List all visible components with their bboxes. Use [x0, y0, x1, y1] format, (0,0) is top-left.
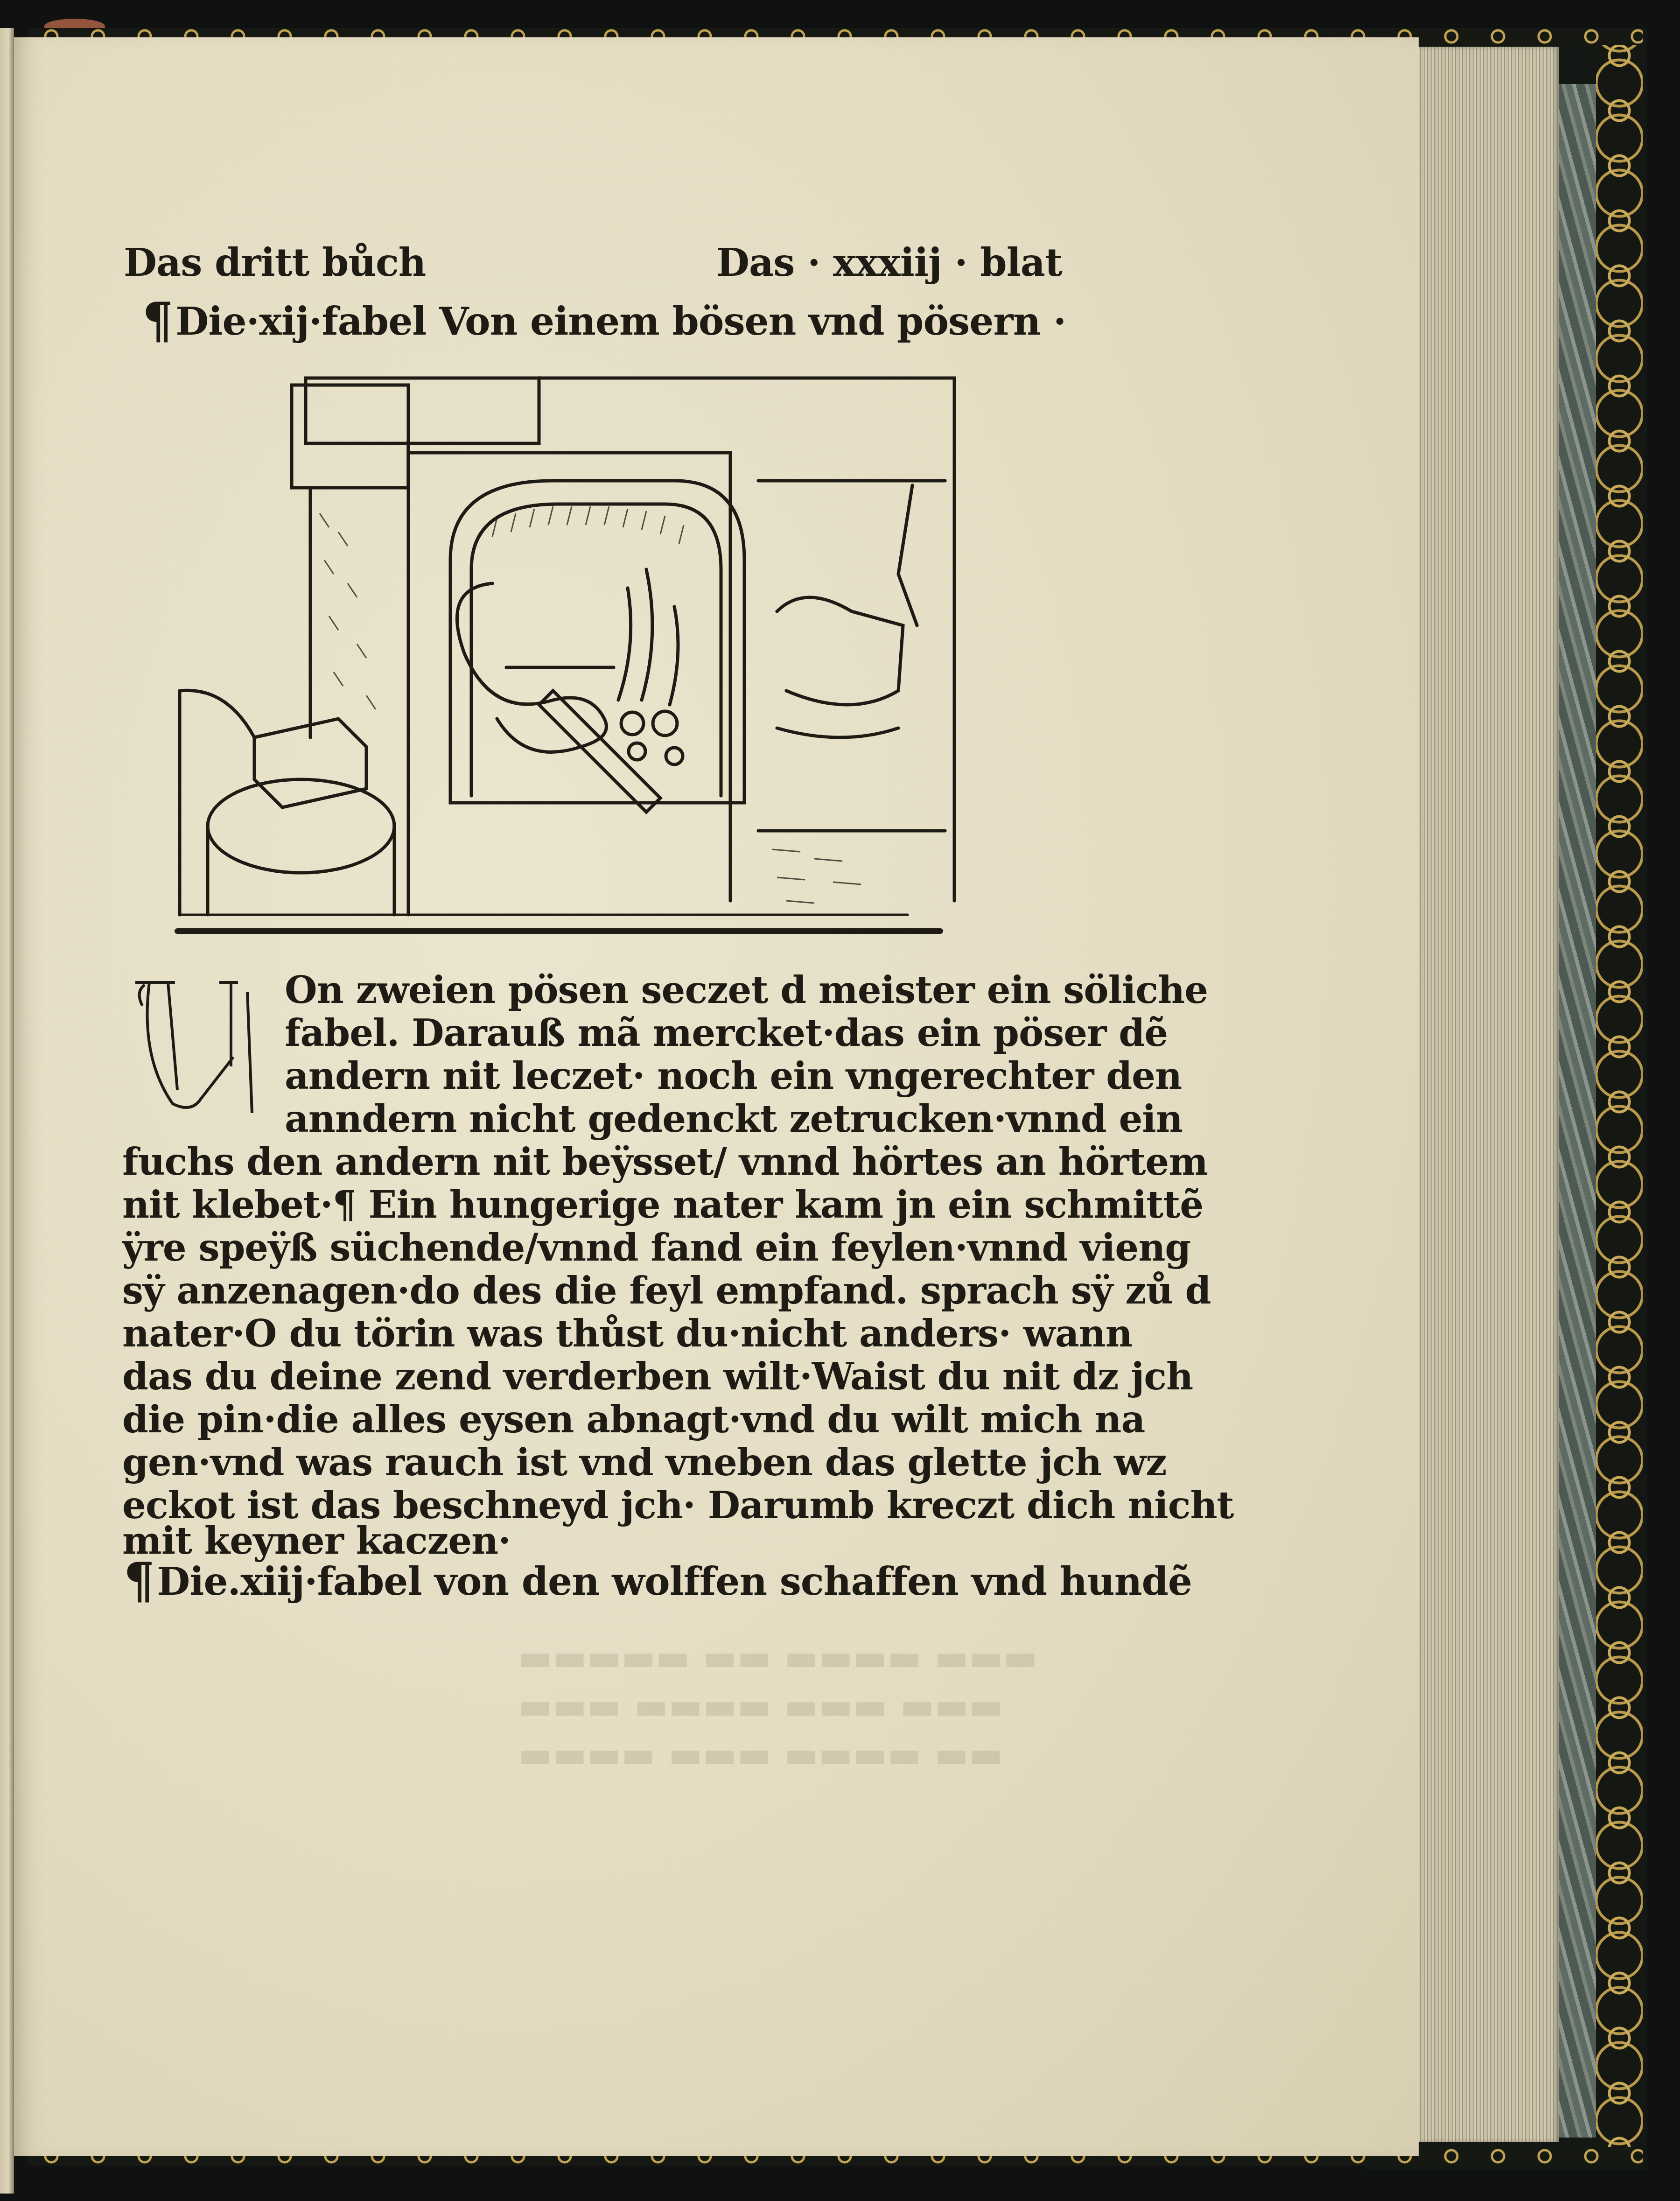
woodcut-illustration	[170, 364, 959, 945]
left-page-edge	[0, 28, 14, 2194]
marbled-endpaper	[1559, 84, 1596, 2138]
verso-show-through: ▬▬▬ ▬▬▬ ▬▬▬▬ ▬▬▬	[518, 1682, 1003, 1731]
text-line: On zweien pösen seczet d meister ein söl…	[285, 968, 1208, 1011]
text-line: fabel. Darauß mã mercket·das ein pöser d…	[285, 1011, 1168, 1054]
fable-title: ¶Die·xij·fabel Von einem bösen vnd pöser…	[142, 292, 1066, 349]
fore-edge-pages	[1414, 47, 1559, 2142]
text-line: sÿ anzenagen·do des die feyl empfand. sp…	[122, 1269, 1211, 1312]
text-line: gen·vnd was rauch ist vnd vneben das gle…	[122, 1441, 1166, 1484]
text-line: anndern nicht gedenckt zetrucken·vnnd ei…	[285, 1097, 1183, 1140]
running-head-left: Das dritt bůch	[124, 240, 426, 285]
text-line: nit klebet·¶ Ein hungerige nater kam jn …	[122, 1183, 1203, 1226]
text-line: die pin·die alles eysen abnagt·vnd du wi…	[122, 1398, 1145, 1441]
pilcrow-icon: ¶	[124, 1552, 154, 1609]
verso-show-through: ▬▬ ▬▬▬▬ ▬▬▬ ▬▬▬▬	[518, 1731, 1003, 1779]
text-line: fuchs den andern nit beÿsset/ vnnd hörte…	[122, 1140, 1208, 1183]
running-head-folio: Das · xxxiij · blat	[716, 240, 1062, 285]
gilt-border-right	[1596, 28, 1643, 2161]
pilcrow-icon: ¶	[142, 292, 173, 349]
initial-letter-v: V	[131, 964, 266, 1122]
text-line: das du deine zend verderben wilt·Waist d…	[122, 1355, 1193, 1398]
text-line: ÿre speÿß süchende/vnnd fand ein feylen·…	[122, 1226, 1190, 1269]
next-fable-title-text: Die.xiij·fabel von den wolffen schaffen …	[157, 1559, 1192, 1604]
fable-title-text: Die·xij·fabel Von einem bösen vnd pösern…	[175, 299, 1066, 344]
next-fable-title: ¶Die.xiij·fabel von den wolffen schaffen…	[124, 1552, 1192, 1609]
text-line: andern nit leczet· noch ein vngerechter …	[285, 1054, 1182, 1097]
verso-show-through: ▬▬▬ ▬▬▬▬ ▬▬ ▬▬▬▬▬	[518, 1633, 1037, 1682]
text-line: nater·O du törin was thůst du·nicht ande…	[122, 1312, 1132, 1355]
